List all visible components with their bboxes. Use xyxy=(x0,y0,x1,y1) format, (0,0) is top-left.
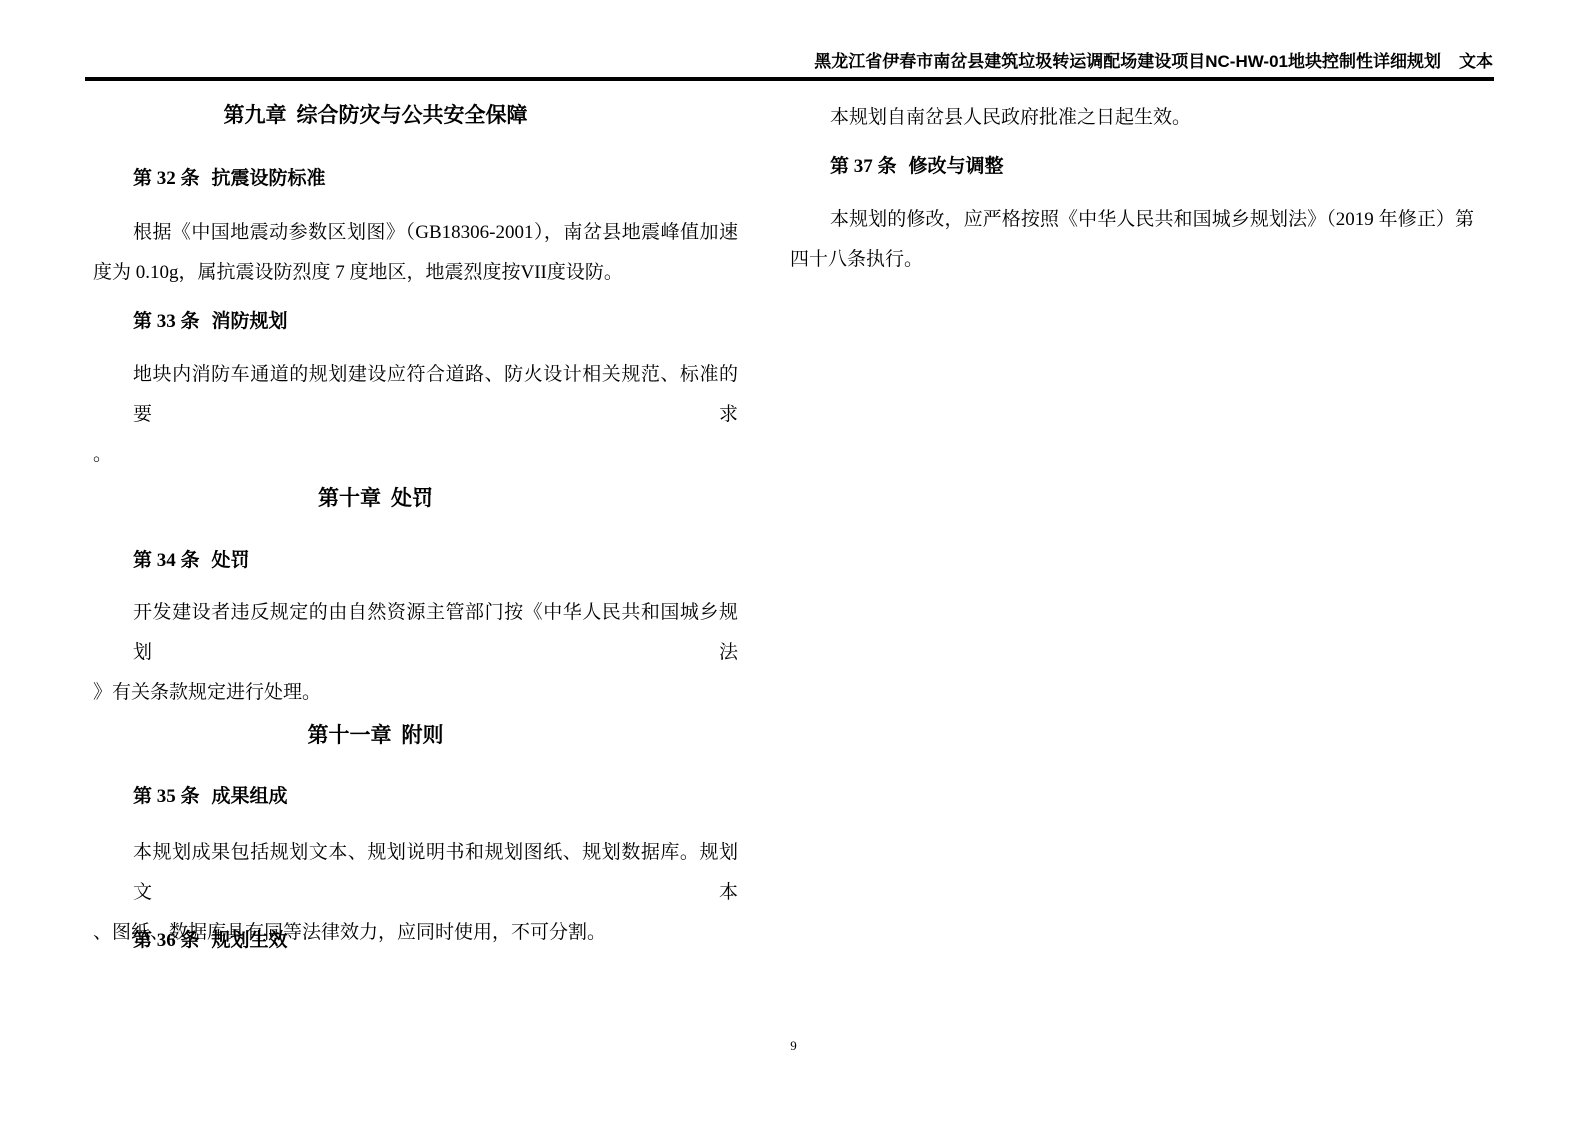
chapter-number: 第九章 xyxy=(224,103,287,127)
article-number: 第 32 条 xyxy=(133,168,200,189)
article-32-body: 根据《中国地震动参数区划图》（GB18306-2001），南岔县地震峰值加速 度… xyxy=(93,213,738,293)
chapter-title: 附则 xyxy=(402,723,444,747)
chapter-9-heading: 第九章综合防灾与公共安全保障 xyxy=(93,101,738,129)
body-line: 本规划自南岔县人民政府批准之日起生效。 xyxy=(790,98,1474,138)
article-number: 第 34 条 xyxy=(133,550,200,571)
chapter-title: 综合防灾与公共安全保障 xyxy=(297,103,528,127)
body-line: 本规划成果包括规划文本、规划说明书和规划图纸、规划数据库。规划文本 xyxy=(93,833,738,913)
article-34-body: 开发建设者违反规定的由自然资源主管部门按《中华人民共和国城乡规划法 》有关条款规… xyxy=(93,593,738,713)
chapter-number: 第十章 xyxy=(318,486,381,510)
article-title: 规划生效 xyxy=(212,930,288,951)
article-36-body: 本规划自南岔县人民政府批准之日起生效。 xyxy=(790,98,1474,138)
article-title: 抗震设防标准 xyxy=(212,168,326,189)
article-34-heading: 第 34 条处罚 xyxy=(133,549,250,573)
body-line: 四十八条执行。 xyxy=(790,240,1474,280)
header-doc-type: 文本 xyxy=(1459,52,1493,71)
article-title: 修改与调整 xyxy=(909,156,1004,177)
article-title: 处罚 xyxy=(212,550,250,571)
header-project-title: 黑龙江省伊春市南岔县建筑垃圾转运调配场建设项目NC-HW-01地块控制性详细规划 xyxy=(814,52,1441,71)
chapter-10-heading: 第十章处罚 xyxy=(93,484,738,512)
chapter-number: 第十一章 xyxy=(308,723,392,747)
article-37-heading: 第 37 条修改与调整 xyxy=(830,155,1004,179)
chapter-title: 处罚 xyxy=(391,486,433,510)
article-number: 第 35 条 xyxy=(133,786,200,807)
article-number: 第 36 条 xyxy=(133,930,200,951)
body-line: 》有关条款规定进行处理。 xyxy=(93,673,738,713)
article-number: 第 37 条 xyxy=(830,156,897,177)
article-33-heading: 第 33 条消防规划 xyxy=(133,310,288,334)
body-line: 本规划的修改，应严格按照《中华人民共和国城乡规划法》（2019 年修正）第 xyxy=(790,200,1474,240)
document-page: 黑龙江省伊春市南岔县建筑垃圾转运调配场建设项目NC-HW-01地块控制性详细规划… xyxy=(0,0,1587,1122)
body-line: 根据《中国地震动参数区划图》（GB18306-2001），南岔县地震峰值加速 xyxy=(93,213,738,253)
chapter-11-heading: 第十一章附则 xyxy=(93,721,738,749)
article-37-body: 本规划的修改，应严格按照《中华人民共和国城乡规划法》（2019 年修正）第 四十… xyxy=(790,200,1474,280)
body-line: 度为 0.10g，属抗震设防烈度 7 度地区，地震烈度按VII度设防。 xyxy=(93,253,738,293)
article-35-heading: 第 35 条成果组成 xyxy=(133,785,288,809)
page-number: 9 xyxy=(0,1038,1587,1054)
article-33-body: 地块内消防车通道的规划建设应符合道路、防火设计相关规范、标准的要求 。 xyxy=(93,355,738,475)
body-line: 地块内消防车通道的规划建设应符合道路、防火设计相关规范、标准的要求 xyxy=(93,355,738,435)
header-rule xyxy=(85,77,1494,81)
article-title: 成果组成 xyxy=(212,786,288,807)
body-line: 开发建设者违反规定的由自然资源主管部门按《中华人民共和国城乡规划法 xyxy=(93,593,738,673)
page-header: 黑龙江省伊春市南岔县建筑垃圾转运调配场建设项目NC-HW-01地块控制性详细规划… xyxy=(814,51,1493,73)
article-title: 消防规划 xyxy=(212,311,288,332)
article-32-heading: 第 32 条抗震设防标准 xyxy=(133,167,326,191)
body-line: 。 xyxy=(93,435,738,475)
article-number: 第 33 条 xyxy=(133,311,200,332)
article-36-heading: 第 36 条规划生效 xyxy=(133,929,288,953)
